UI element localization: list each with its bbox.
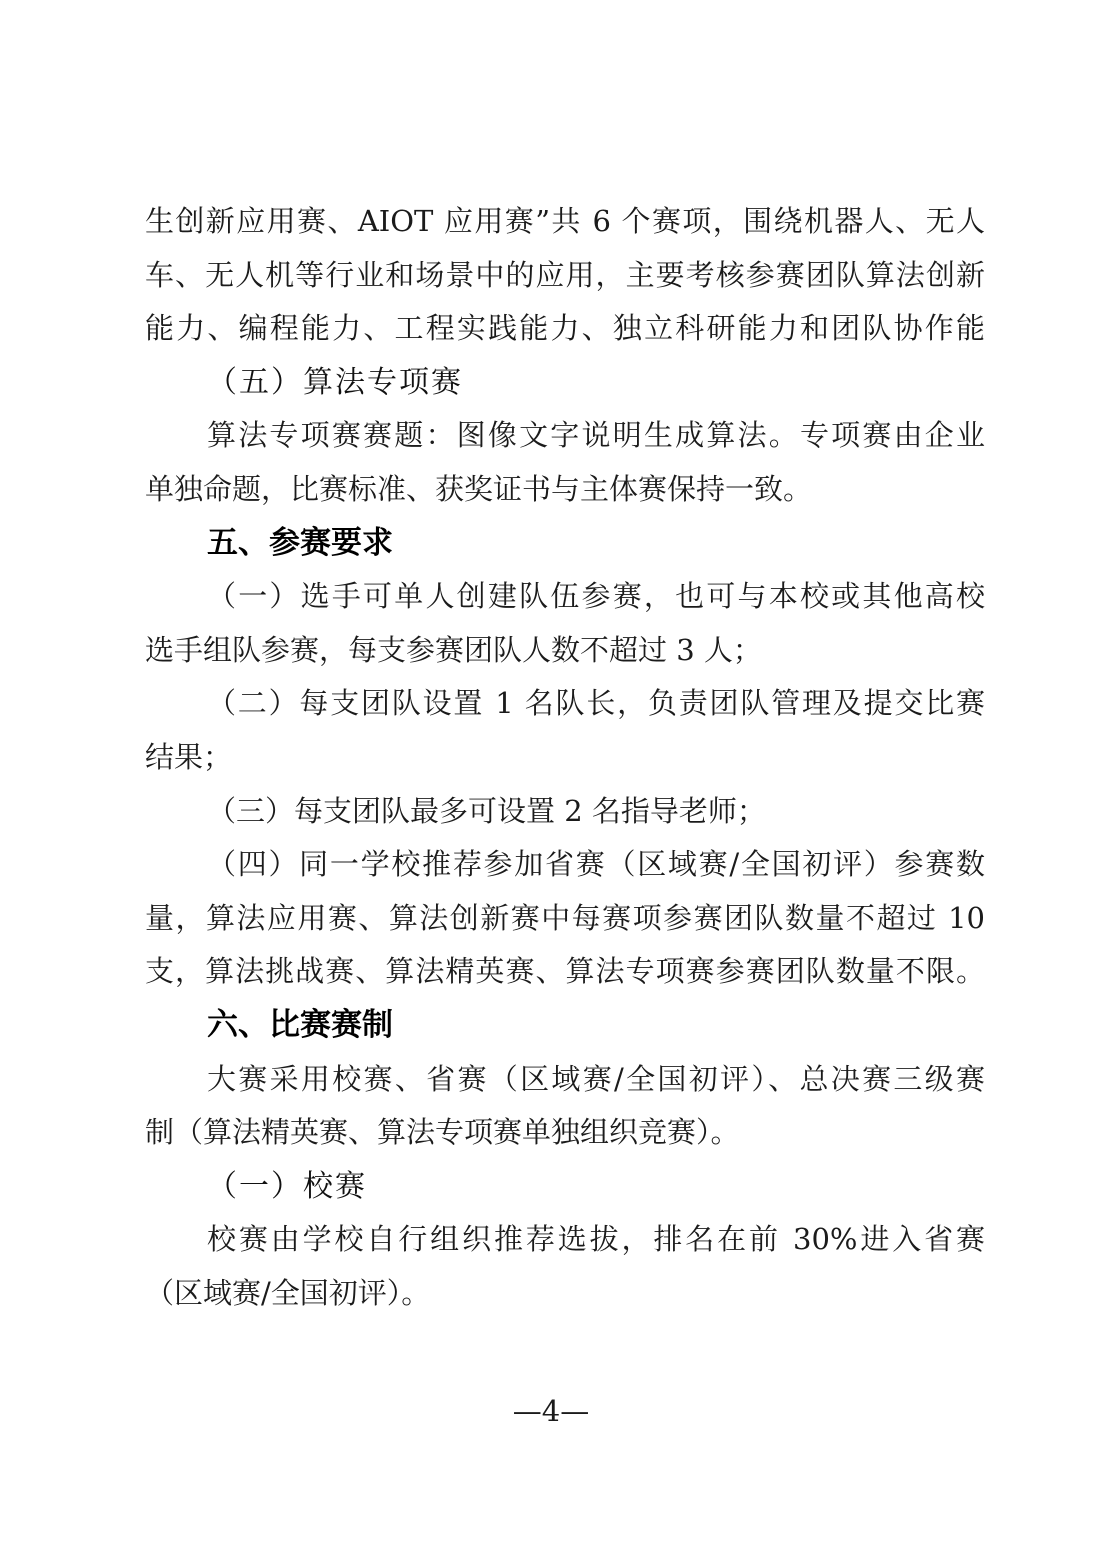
text-line: 量，算法应用赛、算法创新赛中每赛项参赛团队数量不超过 10 — [145, 892, 985, 946]
text-line: 能力、编程能力、工程实践能力、独立科研能力和团队协作能力。 — [145, 302, 985, 356]
text-line: 车、无人机等行业和场景中的应用，主要考核参赛团队算法创新 — [145, 249, 985, 303]
sub-section-heading: （一）校赛 — [145, 1160, 985, 1214]
text-line: 单独命题，比赛标准、获奖证书与主体赛保持一致。 — [145, 463, 985, 517]
text-line: 支，算法挑战赛、算法精英赛、算法专项赛参赛团队数量不限。 — [145, 945, 985, 999]
section-heading: 六、比赛赛制 — [145, 999, 985, 1053]
sub-section-heading: （五）算法专项赛 — [145, 356, 985, 410]
text-line: 算法专项赛赛题：图像文字说明生成算法。专项赛由企业 — [145, 409, 985, 463]
section-heading: 五、参赛要求 — [145, 517, 985, 571]
text-line: 制（算法精英赛、算法专项赛单独组织竞赛）。 — [145, 1106, 985, 1160]
text-block: 生创新应用赛、AIOT 应用赛”共 6 个赛项，围绕机器人、无人车、无人机等行业… — [145, 195, 985, 1320]
text-line: 大赛采用校赛、省赛（区域赛/全国初评）、总决赛三级赛 — [145, 1053, 985, 1107]
text-line: （一）选手可单人创建队伍参赛，也可与本校或其他高校 — [145, 570, 985, 624]
text-line: （二）每支团队设置 1 名队长，负责团队管理及提交比赛 — [145, 677, 985, 731]
text-line: 选手组队参赛，每支参赛团队人数不超过 3 人； — [145, 624, 985, 678]
text-line: 结果； — [145, 731, 985, 785]
text-line: （三）每支团队最多可设置 2 名指导老师； — [145, 785, 985, 839]
document-page: 生创新应用赛、AIOT 应用赛”共 6 个赛项，围绕机器人、无人车、无人机等行业… — [0, 0, 1102, 1559]
text-line: 生创新应用赛、AIOT 应用赛”共 6 个赛项，围绕机器人、无人 — [145, 195, 985, 249]
text-line: （四）同一学校推荐参加省赛（区域赛/全国初评）参赛数 — [145, 838, 985, 892]
text-line: 校赛由学校自行组织推荐选拔，排名在前 30%进入省赛 — [145, 1213, 985, 1267]
text-line: （区域赛/全国初评）。 — [145, 1267, 985, 1321]
page-number: —4— — [0, 1390, 1102, 1432]
